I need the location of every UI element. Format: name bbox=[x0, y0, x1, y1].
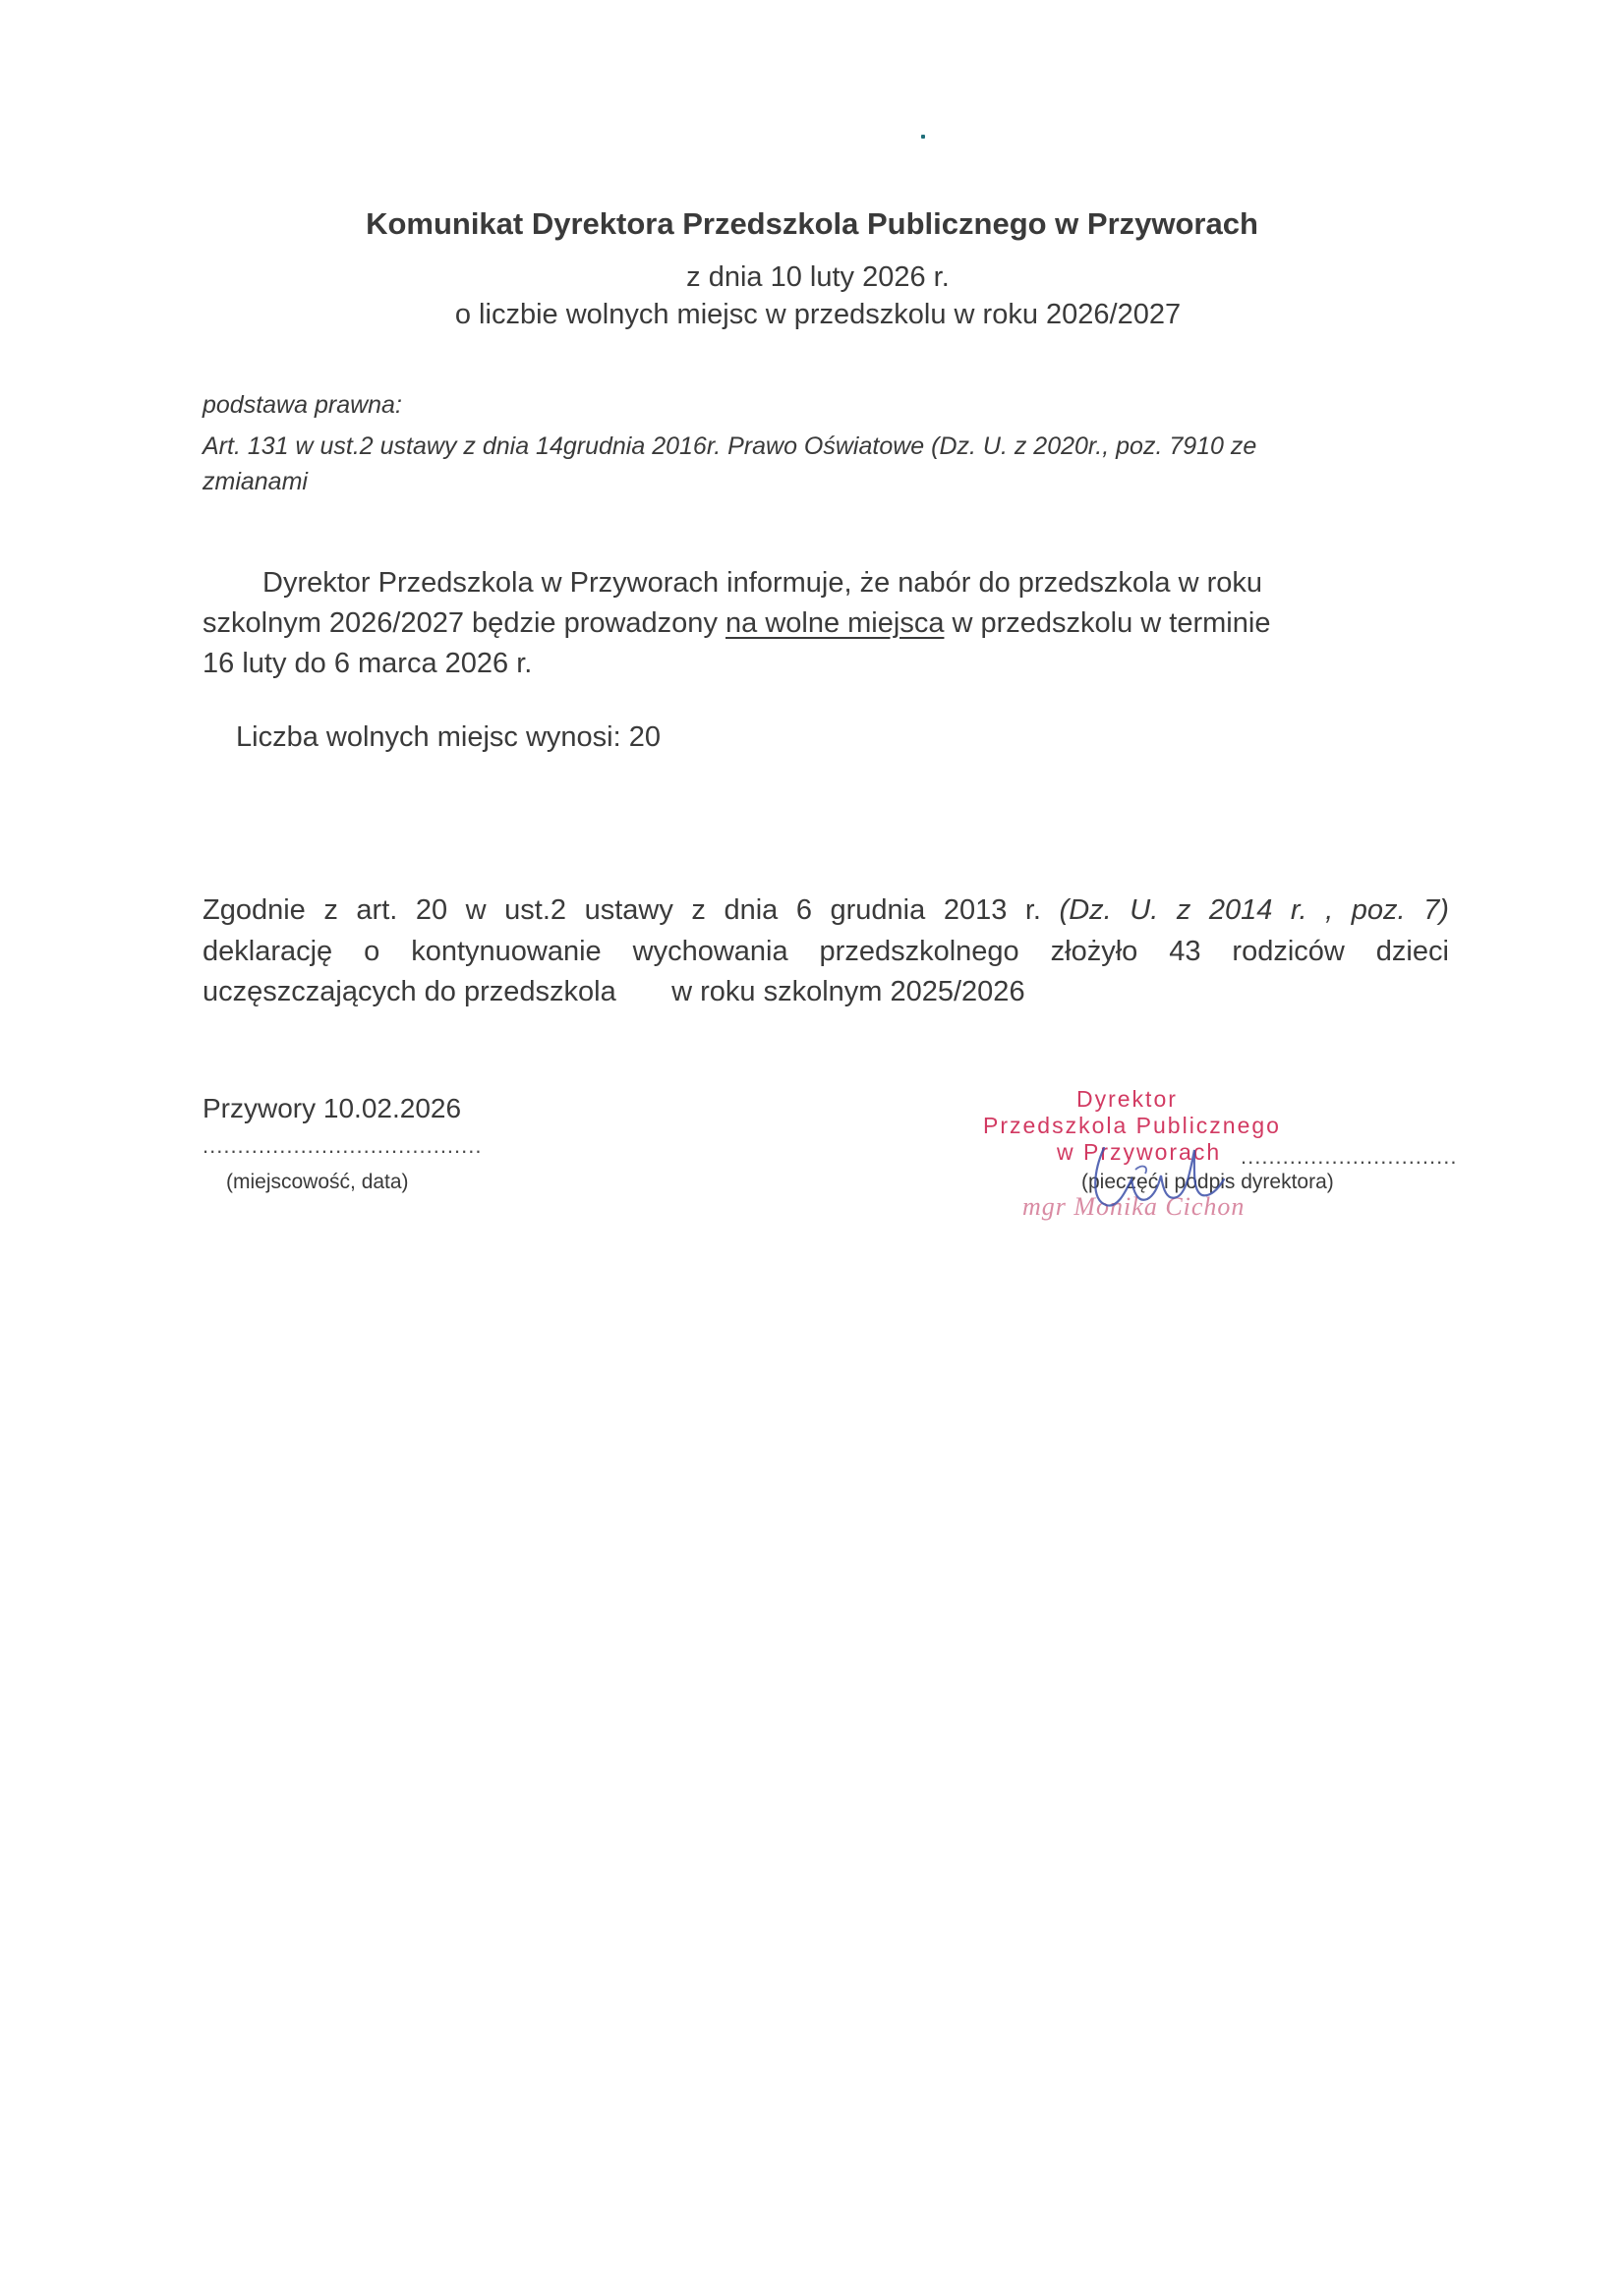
document-date: z dnia 10 luty 2026 r. bbox=[6, 261, 1624, 294]
legal-basis-line1: Art. 131 w ust.2 ustawy z dnia 14grudnia… bbox=[203, 432, 1256, 461]
word: w bbox=[466, 894, 487, 927]
announcement-line2-start: szkolnym 2026/2027 będzie prowadzony bbox=[203, 607, 725, 639]
signature-dots: ............................... bbox=[1241, 1144, 1457, 1170]
announcement-line2: szkolnym 2026/2027 będzie prowadzony na … bbox=[203, 607, 1270, 640]
word: rodziców bbox=[1232, 936, 1344, 968]
word: grudnia bbox=[831, 894, 926, 927]
word: kontynuowanie bbox=[411, 936, 601, 968]
word: r. bbox=[1025, 894, 1041, 927]
word-italic: (Dz. bbox=[1060, 894, 1112, 927]
word-italic: , bbox=[1325, 894, 1333, 927]
word: ust.2 bbox=[504, 894, 566, 927]
word: dzieci bbox=[1376, 936, 1449, 968]
word: Zgodnie bbox=[203, 894, 306, 927]
announcement-line3: 16 luty do 6 marca 2026 r. bbox=[203, 648, 532, 680]
word-italic: U. bbox=[1130, 894, 1158, 927]
word: przedszkolnego bbox=[820, 936, 1019, 968]
free-places-line: Liczba wolnych miejsc wynosi: 20 bbox=[236, 721, 661, 754]
continuation-line3: uczęszczających do przedszkola w roku sz… bbox=[203, 976, 1025, 1008]
stamp-line2: Przedszkola Publicznego bbox=[983, 1113, 1281, 1139]
announcement-line1: Dyrektor Przedszkola w Przyworach inform… bbox=[262, 567, 1262, 600]
free-places-value: 20 bbox=[629, 721, 661, 753]
word: z bbox=[691, 894, 706, 927]
continuation-line2: deklaracjęokontynuowaniewychowaniaprzeds… bbox=[203, 936, 1449, 968]
place-date-caption: (miejscowość, data) bbox=[226, 1171, 409, 1194]
document-title: Komunikat Dyrektora Przedszkola Publiczn… bbox=[0, 206, 1624, 242]
word-italic: 7) bbox=[1423, 894, 1449, 927]
free-places-label: Liczba wolnych miejsc wynosi: bbox=[236, 721, 621, 753]
free-places-emphasis: na wolne miejsca bbox=[725, 607, 944, 639]
place-date-dots: ........................................ bbox=[203, 1133, 483, 1159]
word: 2013 bbox=[944, 894, 1008, 927]
legal-basis-line2: zmianami bbox=[203, 468, 308, 496]
word: wychowania bbox=[633, 936, 788, 968]
legal-basis-label: podstawa prawna: bbox=[203, 391, 402, 420]
stamp-line1: Dyrektor bbox=[1076, 1086, 1178, 1113]
document-subject: o liczbie wolnych miejsc w przedszkolu w… bbox=[6, 299, 1624, 331]
word: złożyło bbox=[1051, 936, 1138, 968]
word-italic: r. bbox=[1291, 894, 1307, 927]
word: ustawy bbox=[585, 894, 673, 927]
announcement-line2-end: w przedszkolu w terminie bbox=[944, 607, 1270, 639]
word: o bbox=[364, 936, 379, 968]
word-italic: poz. bbox=[1352, 894, 1406, 927]
word: art. bbox=[356, 894, 397, 927]
word: deklarację bbox=[203, 936, 332, 968]
word-italic: z bbox=[1177, 894, 1191, 927]
continuation-line1: Zgodniezart.20wust.2ustawyzdnia6grudnia2… bbox=[203, 894, 1449, 927]
word: dnia bbox=[724, 894, 778, 927]
place-date-value: Przywory 10.02.2026 bbox=[203, 1093, 461, 1124]
handwritten-signature bbox=[1076, 1140, 1244, 1219]
word: 20 bbox=[416, 894, 447, 927]
word: 6 bbox=[796, 894, 812, 927]
word: 43 bbox=[1169, 936, 1200, 968]
word-italic: 2014 bbox=[1209, 894, 1273, 927]
scan-speck bbox=[921, 135, 925, 139]
word: z bbox=[323, 894, 338, 927]
